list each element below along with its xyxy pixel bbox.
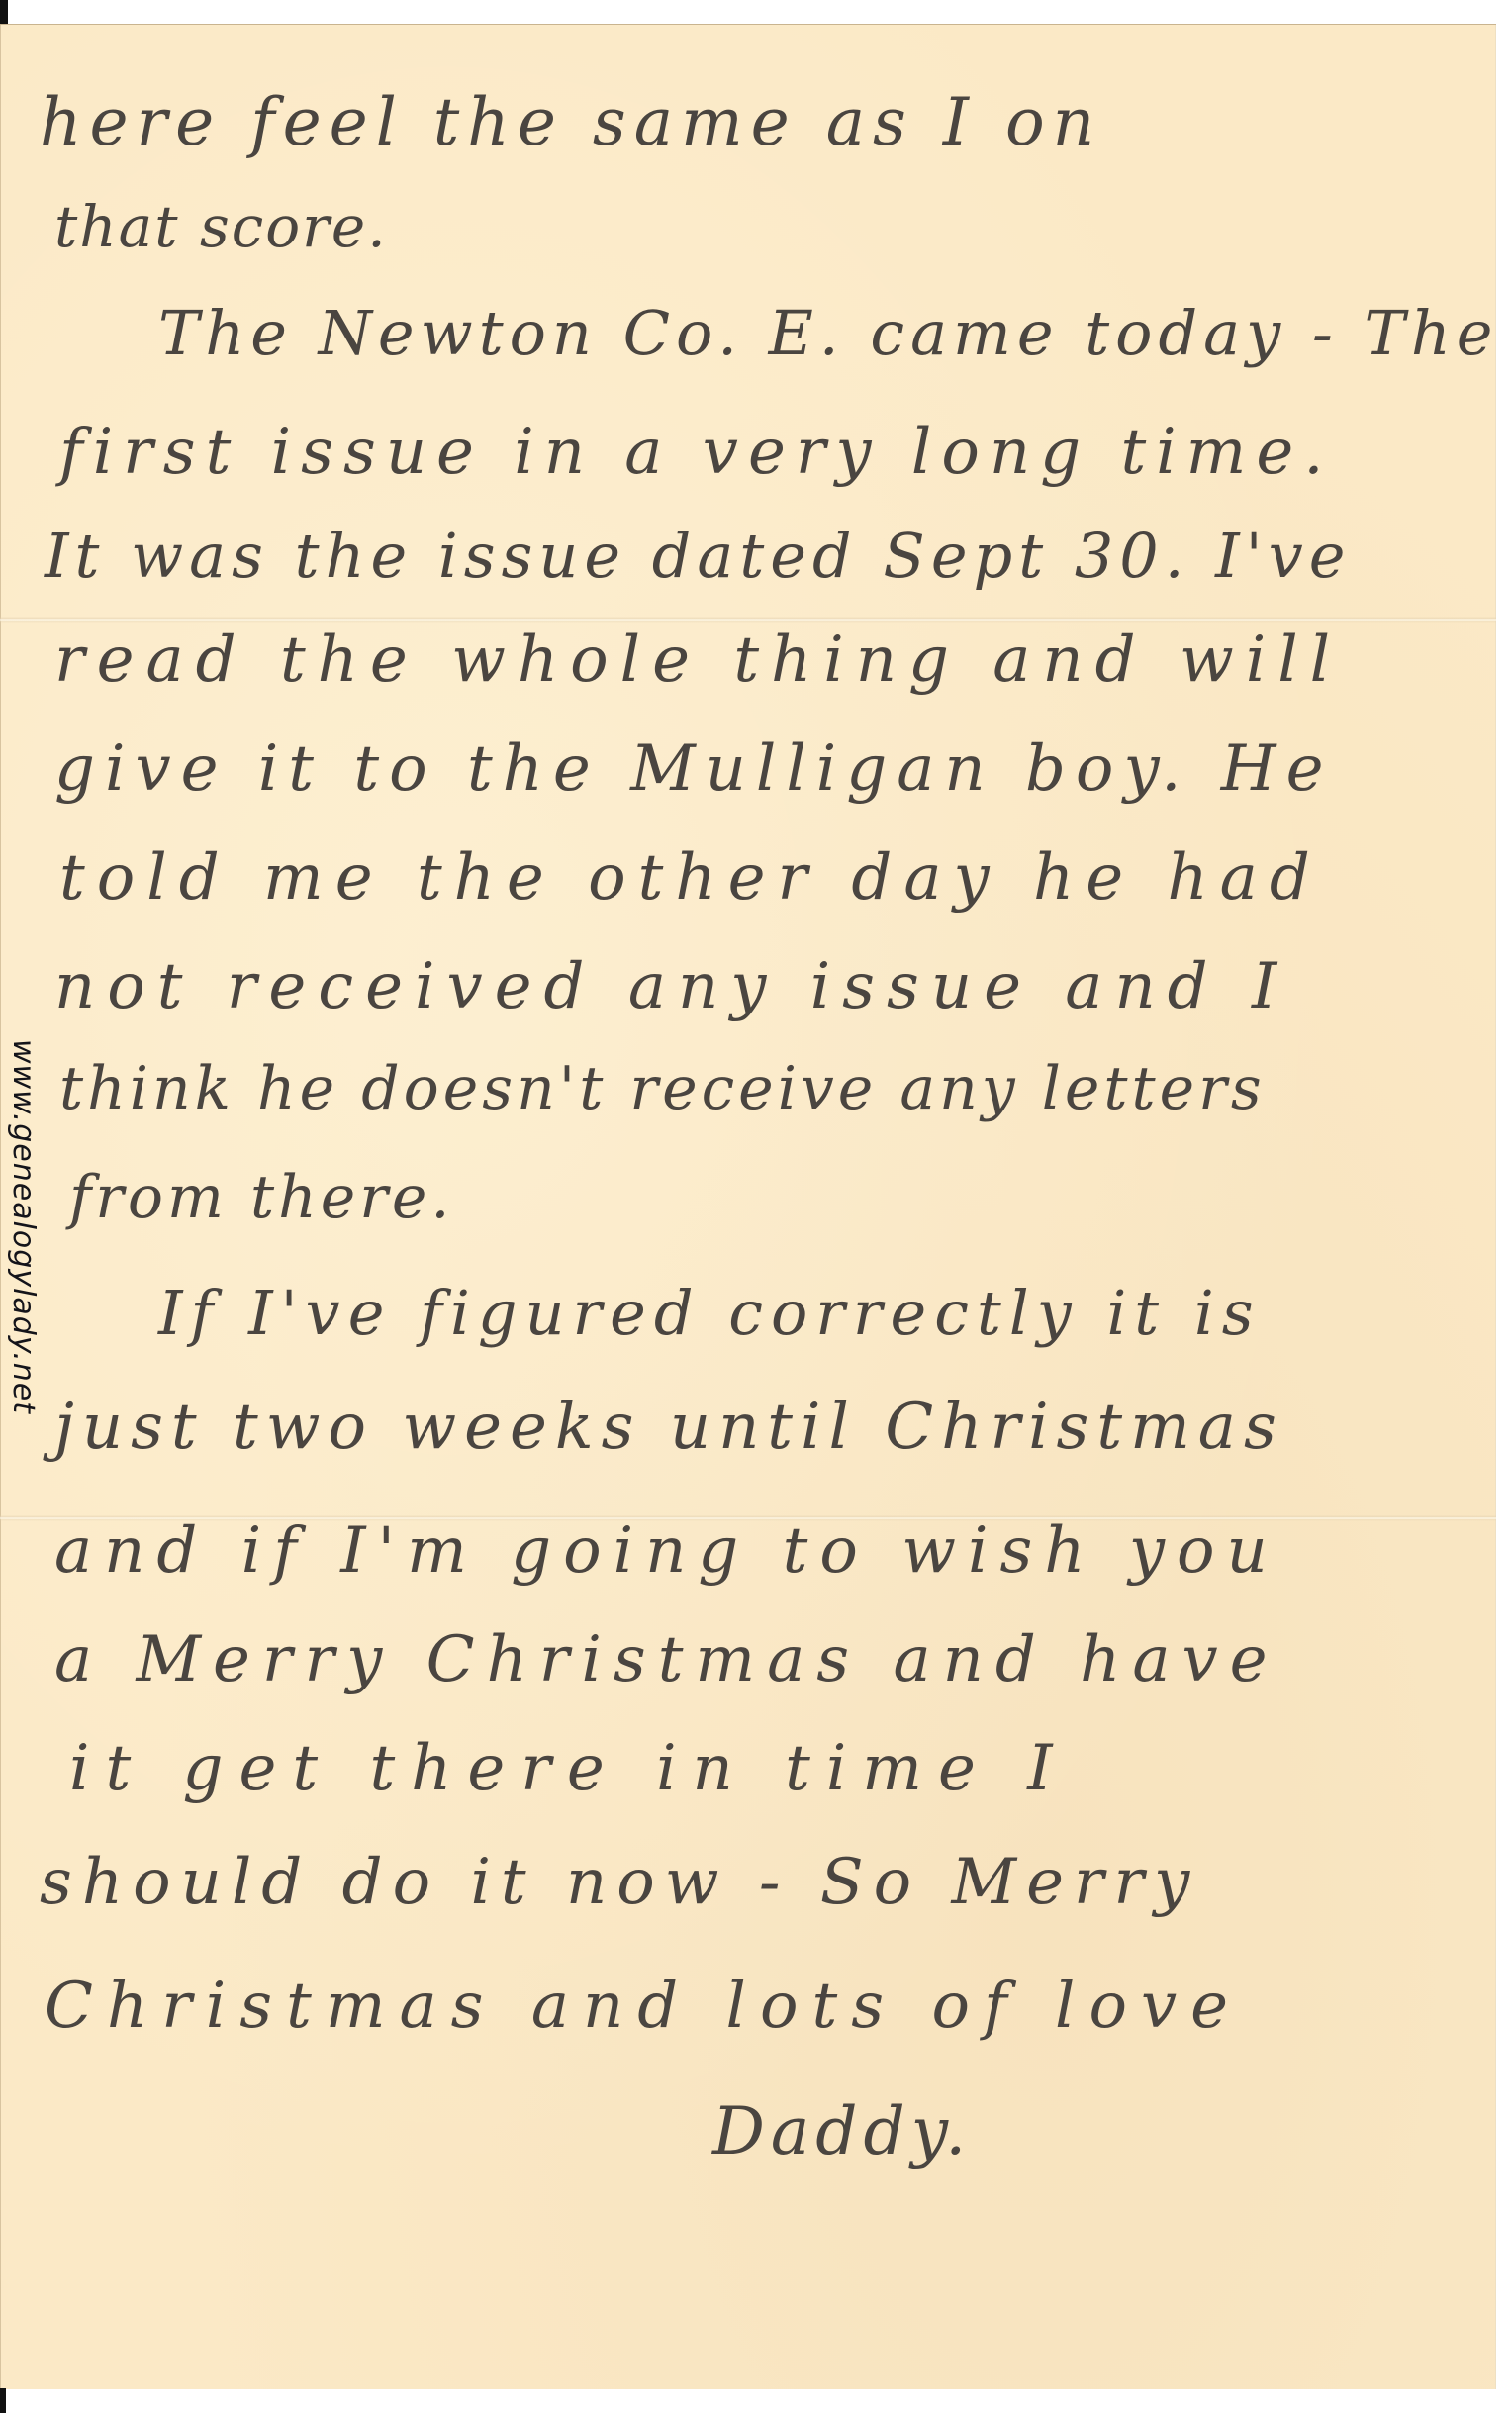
letter-line-14: and if I'm going to wish you [54,1514,1279,1588]
scan-edge-mark-bottom [0,2388,6,2413]
letter-line-10: think he doesn't receive any letters [59,1054,1266,1123]
letter-line-17: should do it now - So Merry [40,1846,1199,1919]
letter-line-18: Christmas and lots of love [45,1970,1242,2043]
letter-line-13: just two weeks until Christmas [54,1391,1284,1464]
watermark-url: www.genealogylady.net [6,1039,41,1414]
letter-line-4: first issue in a very long time. [59,416,1334,489]
letter-line-9: not received any issue and I [54,950,1288,1023]
letter-page: here feel the same as I on that score. T… [0,24,1496,2389]
letter-line-11: from there. [69,1163,454,1232]
letter-line-12: If I've figured correctly it is [158,1277,1262,1349]
letter-line-15: a Merry Christmas and have [54,1623,1279,1696]
fold-crease-upper [0,617,1496,623]
letter-line-2: that score. [54,193,388,260]
scan-edge-mark-top [0,0,8,24]
letter-line-8: told me the other day he had [59,841,1322,915]
letter-line-7: give it to the Mulligan boy. He [54,732,1333,806]
letter-line-6: read the whole thing and will [54,624,1342,697]
letter-line-3: The Newton Co. E. came today - The [158,297,1498,369]
letter-line-16: it get there in time I [69,1732,1068,1805]
letter-line-5: It was the issue dated Sept 30. I've [45,520,1351,592]
letter-line-1: here feel the same as I on [40,84,1102,160]
letter-signature: Daddy. [712,2093,972,2170]
